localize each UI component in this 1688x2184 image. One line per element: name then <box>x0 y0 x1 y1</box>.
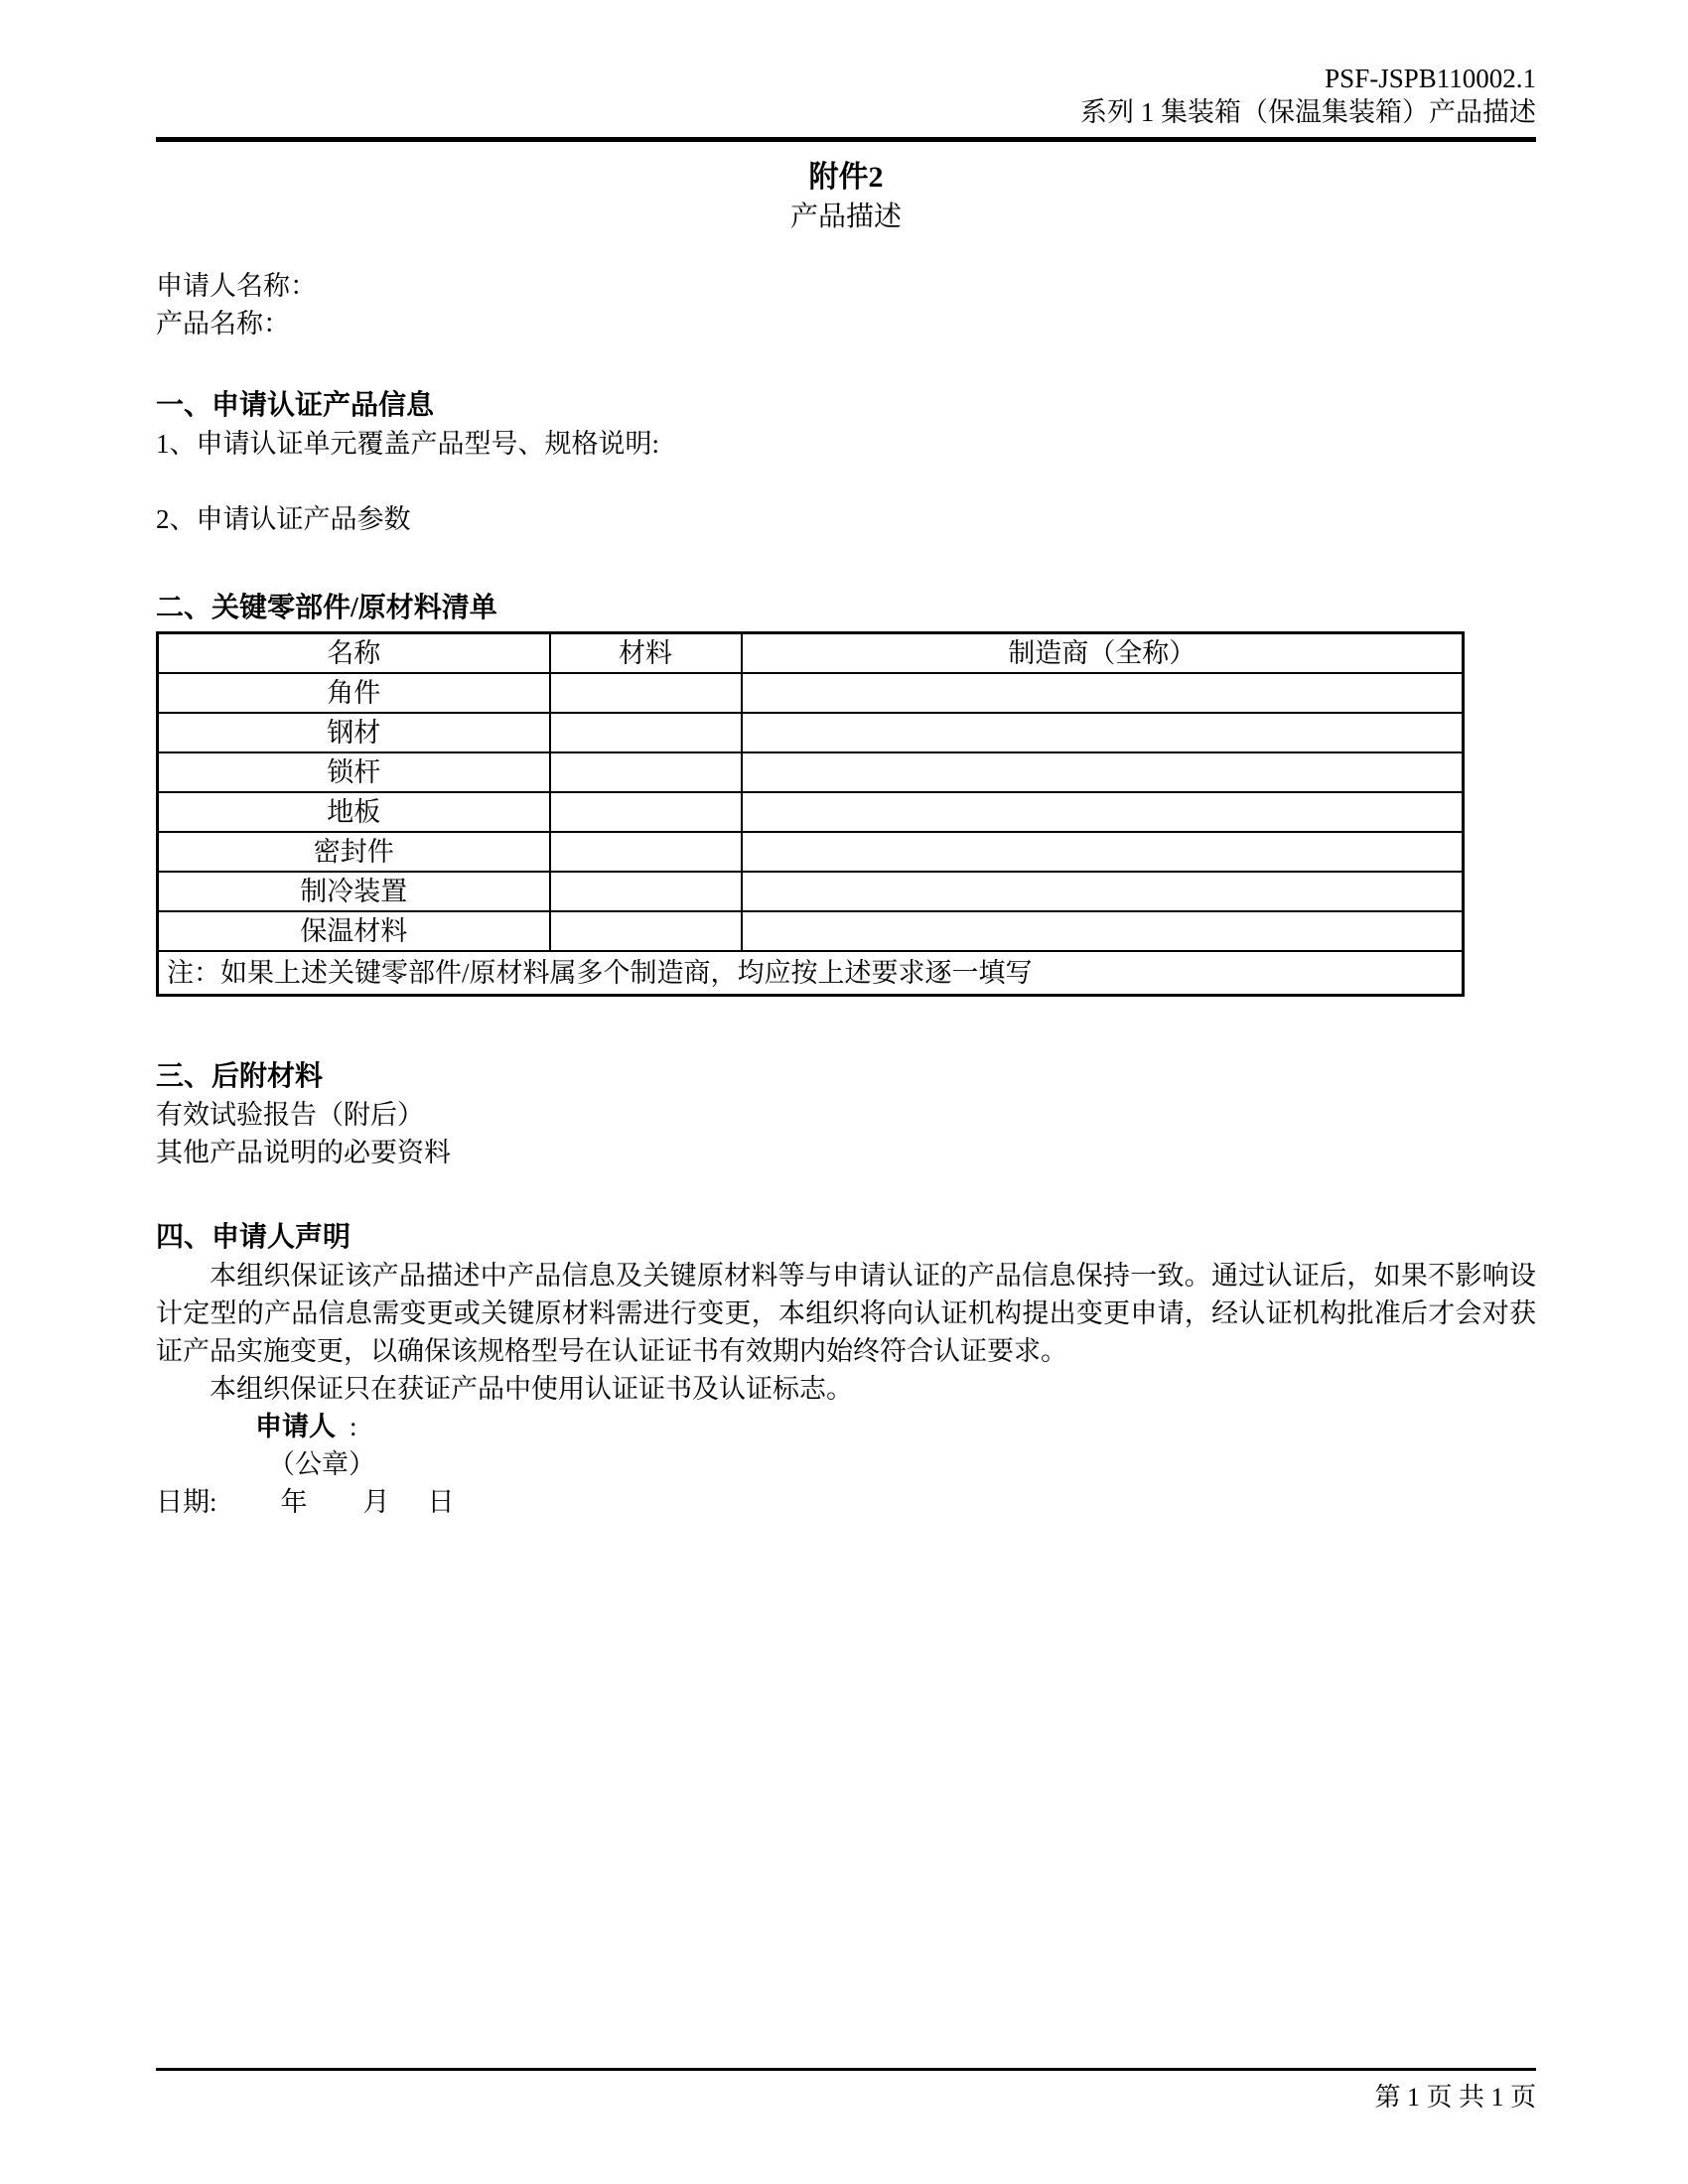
table-row: 钢材 <box>158 713 1464 752</box>
header-doc-title: 系列 1 集装箱（保温集装箱）产品描述 <box>156 95 1536 129</box>
applicant-signature-colon: : <box>350 1412 357 1441</box>
applicant-name-label: 申请人名称： <box>156 267 1536 305</box>
section3-line2: 其他产品说明的必要资料 <box>156 1134 1536 1171</box>
section1-heading: 一、申请认证产品信息 <box>156 387 1536 425</box>
declaration-paragraph-2: 本组织保证只在获证产品中使用认证证书及认证标志。 <box>156 1370 1536 1408</box>
document-page: PSF-JSPB110002.1 系列 1 集装箱（保温集装箱）产品描述 附件2… <box>0 0 1688 2184</box>
attachment-title: 附件2 <box>156 158 1536 198</box>
section3-line1: 有效试验报告（附后） <box>156 1096 1536 1134</box>
part-name-cell: 保温材料 <box>158 911 550 951</box>
manufacturer-cell <box>742 792 1464 832</box>
material-cell <box>550 752 742 792</box>
date-line: 日期:年月日 <box>156 1483 1536 1521</box>
manufacturer-cell <box>742 832 1464 872</box>
manufacturer-cell <box>742 872 1464 911</box>
part-name-cell: 密封件 <box>158 832 550 872</box>
col-header-name: 名称 <box>158 633 550 674</box>
page-header: PSF-JSPB110002.1 系列 1 集装箱（保温集装箱）产品描述 <box>156 62 1536 129</box>
material-cell <box>550 911 742 951</box>
year-label: 年 <box>281 1487 308 1517</box>
section1-item1: 1、申请认证单元覆盖产品型号、规格说明: <box>156 425 1536 463</box>
table-note: 注：如果上述关键零部件/原材料属多个制造商，均应按上述要求逐一填写 <box>158 951 1464 995</box>
applicant-signature-label: 申请人 <box>255 1412 336 1441</box>
section1-item2: 2、申请认证产品参数 <box>156 500 1536 538</box>
table-row: 锁杆 <box>158 752 1464 792</box>
part-name-cell: 制冷装置 <box>158 872 550 911</box>
col-header-manufacturer: 制造商（全称） <box>742 633 1464 674</box>
part-name-cell: 地板 <box>158 792 550 832</box>
doc-subtitle: 产品描述 <box>156 198 1536 237</box>
part-name-cell: 锁杆 <box>158 752 550 792</box>
month-label: 月 <box>363 1487 390 1517</box>
table-row: 制冷装置 <box>158 872 1464 911</box>
material-cell <box>550 872 742 911</box>
section4-heading: 四、申请人声明 <box>156 1219 1536 1257</box>
manufacturer-cell <box>742 911 1464 951</box>
material-cell <box>550 792 742 832</box>
page-footer: 第 1 页 共 1 页 <box>156 2068 1536 2113</box>
section2-heading: 二、关键零部件/原材料清单 <box>156 590 1536 627</box>
manufacturer-cell <box>742 673 1464 713</box>
declaration-paragraph-1: 本组织保证该产品描述中产品信息及关键原材料等与申请认证的产品信息保持一致。通过认… <box>156 1257 1536 1370</box>
part-name-cell: 角件 <box>158 673 550 713</box>
manufacturer-cell <box>742 752 1464 792</box>
day-label: 日 <box>428 1487 455 1517</box>
applicant-signature-line: 申请人: <box>255 1408 1536 1445</box>
parts-table: 名称 材料 制造商（全称） 角件 钢材 锁杆 <box>156 631 1465 997</box>
date-label: 日期: <box>156 1487 217 1517</box>
table-row: 密封件 <box>158 832 1464 872</box>
header-doc-number: PSF-JSPB110002.1 <box>156 62 1536 95</box>
material-cell <box>550 713 742 752</box>
applicant-fields: 申请人名称： 产品名称： <box>156 267 1536 342</box>
table-note-row: 注：如果上述关键零部件/原材料属多个制造商，均应按上述要求逐一填写 <box>158 951 1464 995</box>
table-row: 保温材料 <box>158 911 1464 951</box>
section3-heading: 三、后附材料 <box>156 1058 1536 1096</box>
page-content: PSF-JSPB110002.1 系列 1 集装箱（保温集装箱）产品描述 附件2… <box>0 0 1688 1521</box>
table-header-row: 名称 材料 制造商（全称） <box>158 633 1464 674</box>
material-cell <box>550 832 742 872</box>
manufacturer-cell <box>742 713 1464 752</box>
col-header-material: 材料 <box>550 633 742 674</box>
header-rule <box>156 137 1536 142</box>
seal-label: （公章） <box>268 1445 1536 1483</box>
table-row: 角件 <box>158 673 1464 713</box>
page-number: 第 1 页 共 1 页 <box>1374 2083 1536 2112</box>
part-name-cell: 钢材 <box>158 713 550 752</box>
product-name-label: 产品名称： <box>156 305 1536 342</box>
table-row: 地板 <box>158 792 1464 832</box>
material-cell <box>550 673 742 713</box>
